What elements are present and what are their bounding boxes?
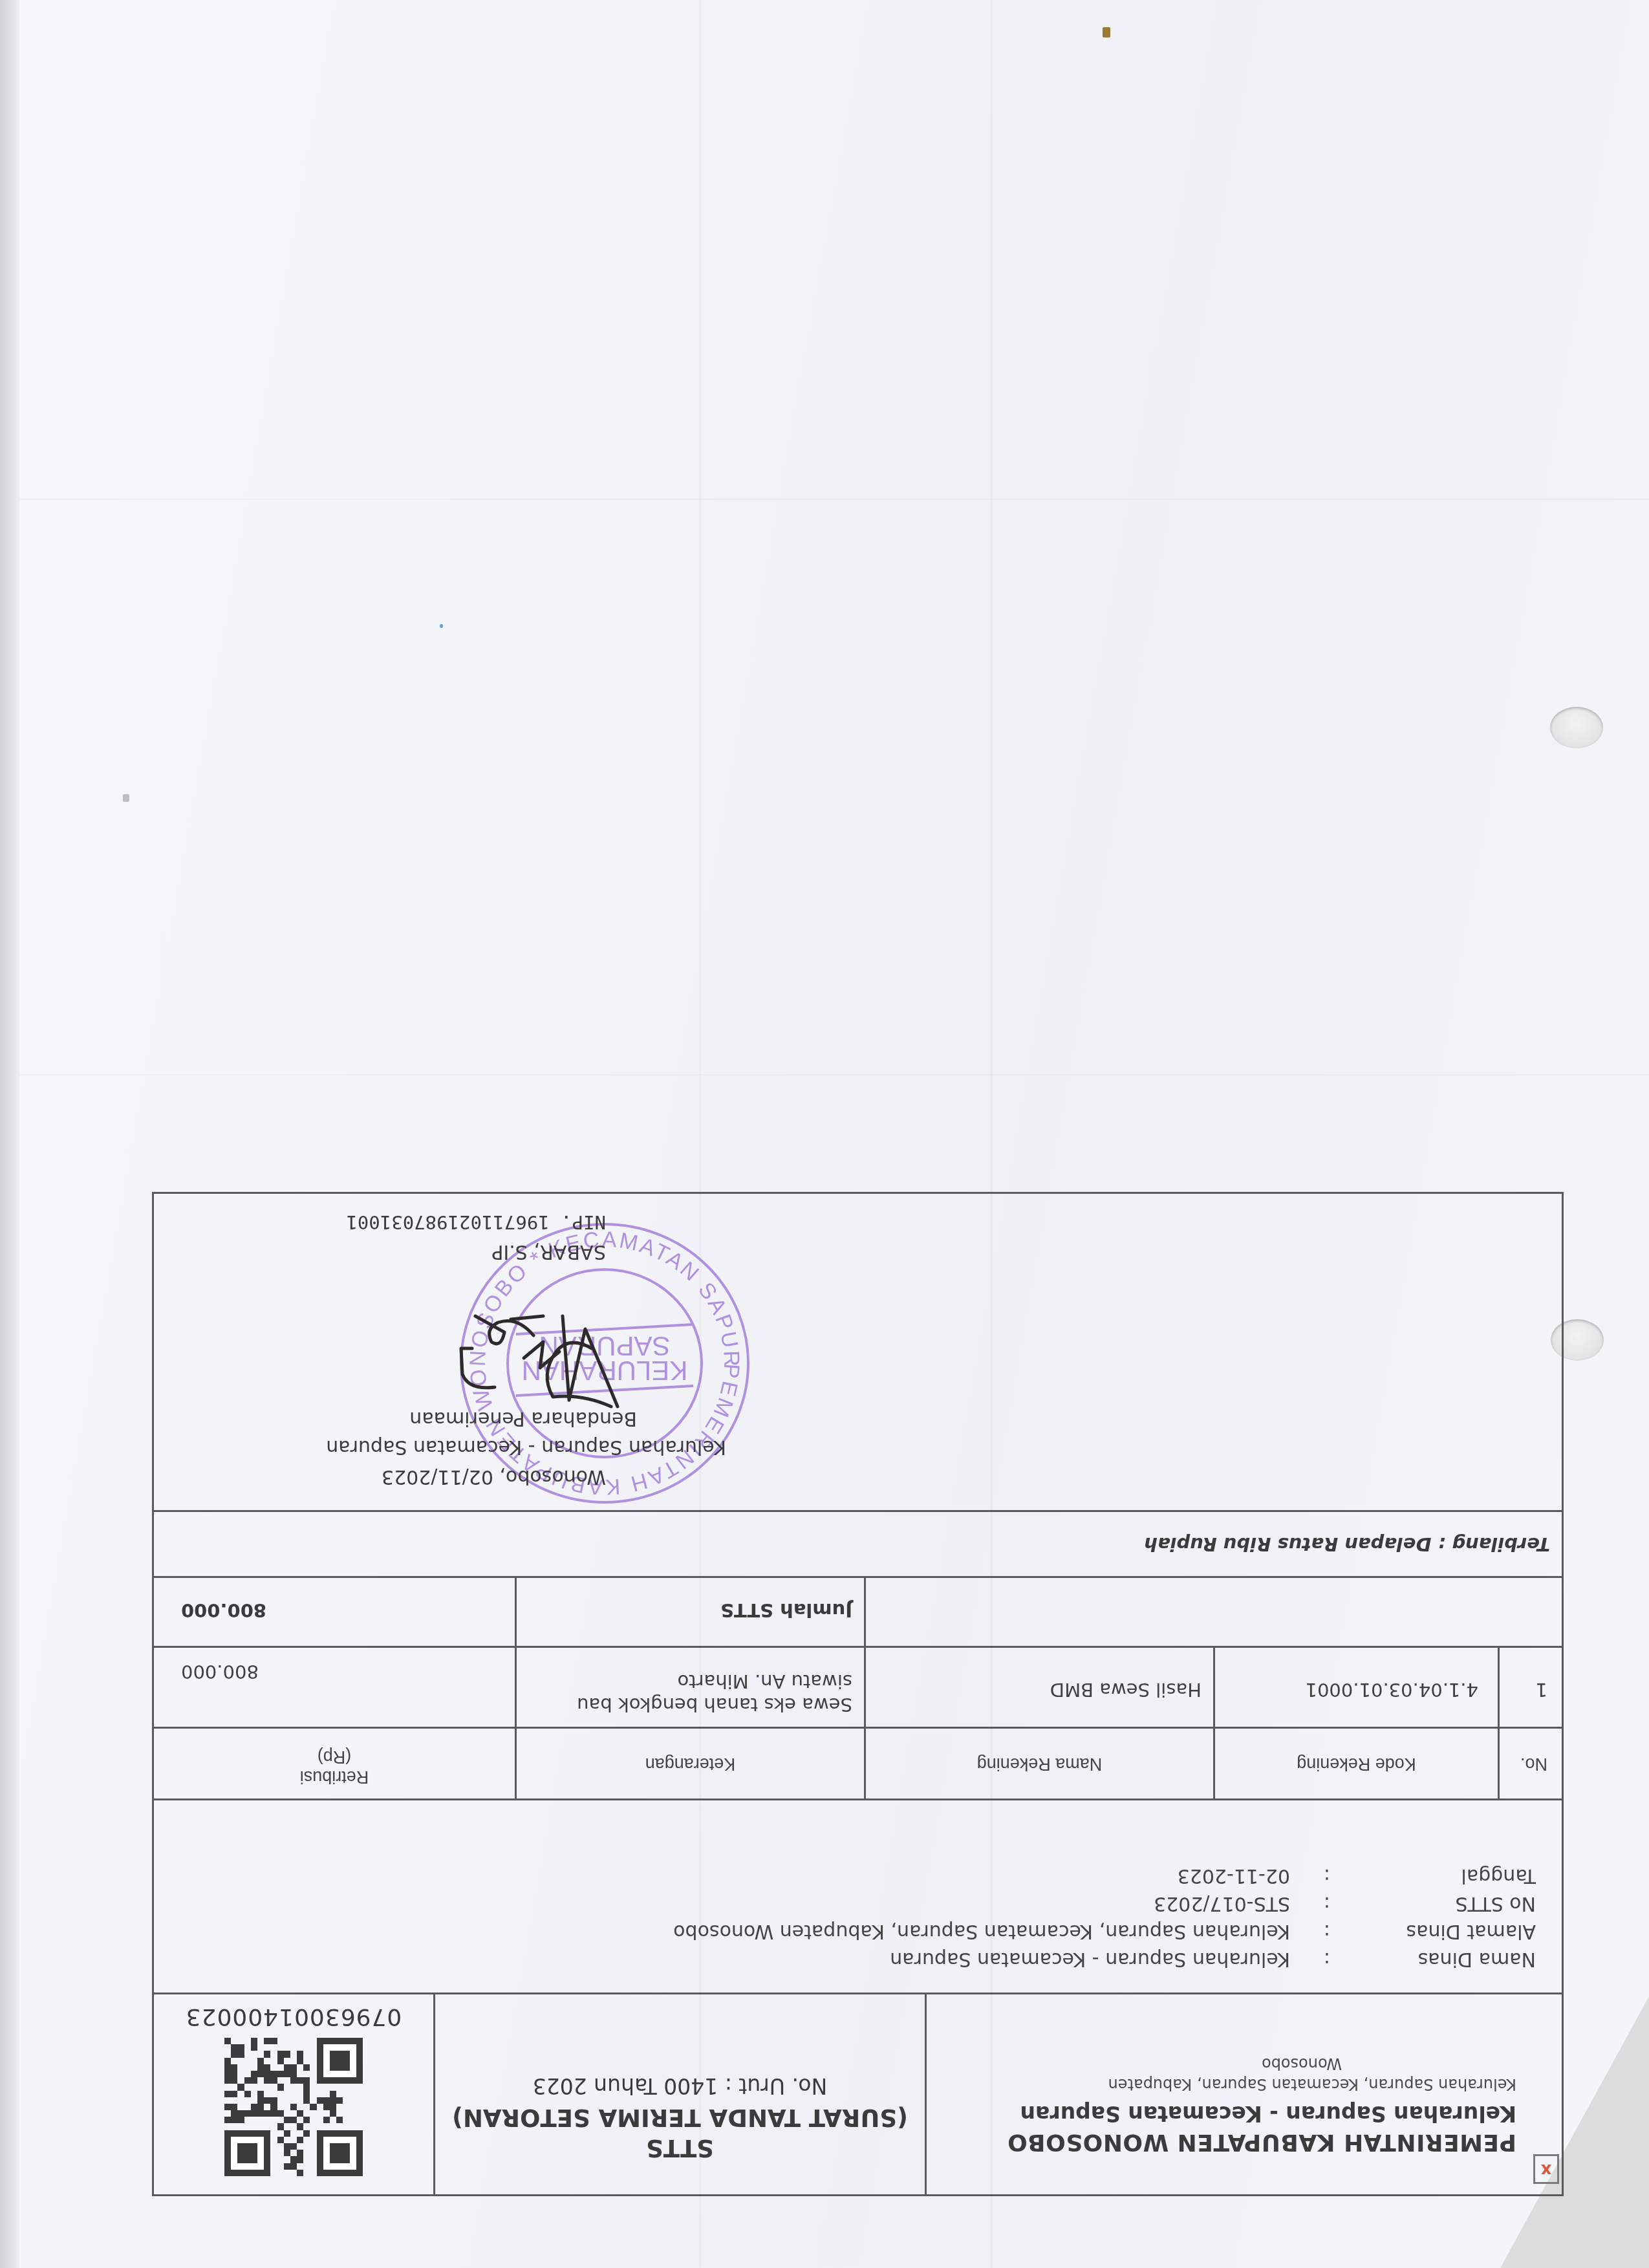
table-row: 1 4.1.04.03.01.0001 Hasil Sewa BMD Sewa … bbox=[154, 1646, 1562, 1727]
column-header-kode-rekening: Kode Rekening bbox=[1215, 1729, 1500, 1798]
table-header: No. Kode Rekening Nama Rekening Keterang… bbox=[154, 1727, 1562, 1798]
form-header: x PEMERINTAH KABUPATEN WONOSOBO Keluraha… bbox=[154, 1993, 1562, 2194]
info-value: Kelurahan Sapuran, Kecamatan Sapuran, Ka… bbox=[673, 1915, 1290, 1943]
info-colon: : bbox=[1290, 1943, 1330, 1971]
row-retribusi: 800.000 bbox=[154, 1648, 517, 1727]
row-no: 1 bbox=[1500, 1648, 1562, 1727]
title-long: (SURAT TANDA TERIMA SETORAN) bbox=[435, 2104, 925, 2132]
punch-hole bbox=[1550, 707, 1603, 748]
info-label: Nama Dinas bbox=[1330, 1943, 1536, 1971]
org-address-line: Wonosobo bbox=[953, 2053, 1516, 2074]
qr-code-icon bbox=[224, 2038, 363, 2176]
stts-form: x PEMERINTAH KABUPATEN WONOSOBO Keluraha… bbox=[152, 1192, 1564, 2196]
org-address: Kelurahan Sapuran, Kecamatan Sapuran, Ka… bbox=[953, 2053, 1536, 2095]
dust-speck bbox=[1103, 27, 1110, 38]
signature-place-date: Wonosobo, 02/11/2023 bbox=[382, 1465, 606, 1488]
info-line: Alamat Dinas:Kelurahan Sapuran, Kecamata… bbox=[154, 1915, 1536, 1943]
column-header-retribusi-line: Retribusi bbox=[154, 1767, 515, 1787]
signatory-name: SABAR, S.IP bbox=[491, 1240, 606, 1263]
column-header-retribusi-unit: (Rp) bbox=[154, 1747, 515, 1767]
column-header-keterangan: Keterangan bbox=[517, 1729, 866, 1798]
info-label: Alamat Dinas bbox=[1330, 1915, 1536, 1943]
qr-number: 07963001400023 bbox=[154, 2003, 433, 2030]
row-nama-rekening: Hasil Sewa BMD bbox=[866, 1648, 1215, 1727]
row-keterangan: Sewa eks tanah bengkok bau siwatu An. Mi… bbox=[517, 1648, 866, 1727]
column-header-retribusi: Retribusi (Rp) bbox=[154, 1729, 517, 1798]
broken-image-icon: x bbox=[1533, 2154, 1559, 2184]
info-value: STS-017/2023 bbox=[1154, 1887, 1290, 1915]
org-name: PEMERINTAH KABUPATEN WONOSOBO bbox=[953, 2129, 1536, 2155]
info-colon: : bbox=[1290, 1915, 1330, 1943]
total-value: 800.000 bbox=[154, 1578, 517, 1646]
handwritten-signature-icon bbox=[449, 1303, 630, 1413]
info-line: Tanggal:02-11-2023 bbox=[154, 1859, 1536, 1887]
column-header-nama-rekening: Nama Rekening bbox=[866, 1729, 1215, 1798]
info-value: 02-11-2023 bbox=[1178, 1859, 1290, 1887]
table-total-row: Jumlah STTS 800.000 bbox=[154, 1576, 1562, 1646]
info-section: Nama Dinas:Kelurahan Sapuran - Kecamatan… bbox=[154, 1798, 1562, 1993]
info-label: Tanggal bbox=[1330, 1859, 1536, 1887]
qr-block: 07963001400023 bbox=[154, 1994, 435, 2194]
info-colon: : bbox=[1290, 1859, 1330, 1887]
org-address-line: Kelurahan Sapuran, Kecamatan Sapuran, Ka… bbox=[953, 2074, 1516, 2095]
scan-edge-shadow bbox=[0, 0, 19, 2268]
dust-speck bbox=[123, 794, 129, 802]
info-label: No STTS bbox=[1330, 1887, 1536, 1915]
amount-in-words: Terbilang : Delapan Ratus Ribu Rupiah bbox=[154, 1533, 1562, 1576]
sequence-number: No. Urut : 1400 Tahun 2023 bbox=[435, 2073, 925, 2099]
row-keterangan-line: siwatu An. Miharto bbox=[517, 1670, 852, 1693]
row-kode-rekening: 4.1.04.03.01.0001 bbox=[1215, 1648, 1500, 1727]
paper-crease bbox=[19, 1074, 1649, 1076]
signature-unit: Kelurahan Sapuran - Kecamatan Sapuran bbox=[326, 1436, 726, 1458]
title-short: STTS bbox=[435, 2134, 925, 2162]
column-header-no: No. bbox=[1500, 1729, 1562, 1798]
title-block: STTS (SURAT TANDA TERIMA SETORAN) No. Ur… bbox=[435, 1994, 927, 2194]
total-label: Jumlah STTS bbox=[517, 1578, 866, 1646]
signature-section: PEMERINTAH KABUPATEN WONOSOBO * KECAMATA… bbox=[154, 1190, 1562, 1510]
paper-crease bbox=[19, 498, 1649, 501]
info-value: Kelurahan Sapuran - Kecamatan Sapuran bbox=[890, 1943, 1290, 1971]
info-line: No STTS:STS-017/2023 bbox=[154, 1887, 1536, 1915]
amount-in-words-row: Terbilang : Delapan Ratus Ribu Rupiah bbox=[154, 1510, 1562, 1576]
signatory-nip: NIP. 196711021987031001 bbox=[346, 1211, 606, 1233]
organization-block: x PEMERINTAH KABUPATEN WONOSOBO Keluraha… bbox=[927, 1994, 1562, 2194]
info-colon: : bbox=[1290, 1887, 1330, 1915]
org-unit: Kelurahan Sapuran - Kecamatan Sapuran bbox=[953, 2101, 1536, 2126]
info-line: Nama Dinas:Kelurahan Sapuran - Kecamatan… bbox=[154, 1943, 1536, 1971]
row-keterangan-line: Sewa eks tanah bengkok bau bbox=[517, 1693, 852, 1716]
dust-speck bbox=[440, 624, 443, 628]
